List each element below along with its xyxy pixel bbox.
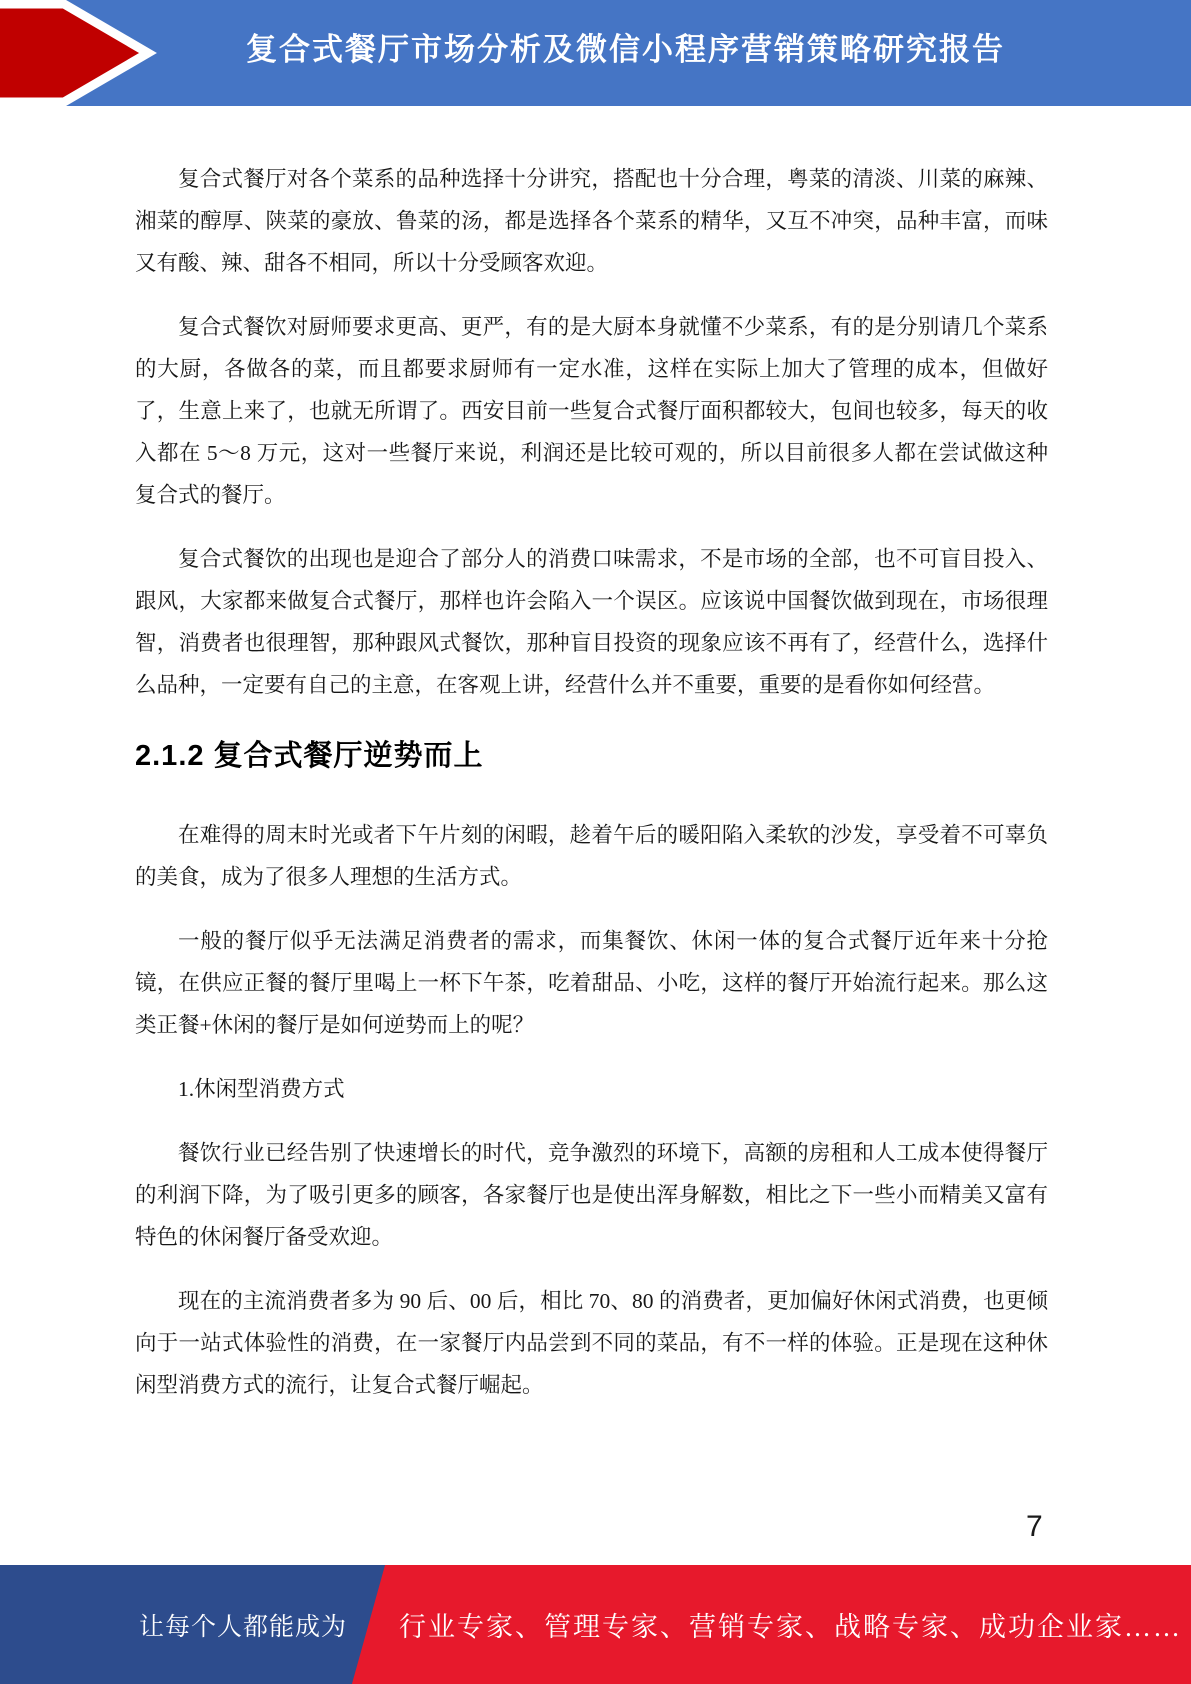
body-paragraph-7: 现在的主流消费者多为 90 后、00 后，相比 70、80 的消费者，更加偏好休…: [135, 1280, 1048, 1406]
page-number: 7: [1026, 1510, 1043, 1544]
chevron-arrow-icon: [0, 0, 175, 106]
footer-right-slogan: 行业专家、管理专家、营销专家、战略专家、成功企业家……: [399, 1565, 1182, 1684]
footer-left-slogan: 让每个人都能成为: [0, 1565, 347, 1684]
document-body: 复合式餐厅对各个菜系的品种选择十分讲究，搭配也十分合理，粤菜的清淡、川菜的麻辣、…: [0, 106, 1191, 1406]
section-heading-2-1-2: 2.1.2 复合式餐厅逆势而上: [135, 734, 1048, 778]
page-header-banner: 复合式餐厅市场分析及微信小程序营销策略研究报告: [0, 0, 1191, 106]
body-paragraph-5: 一般的餐厅似乎无法满足消费者的需求，而集餐饮、休闲一体的复合式餐厅近年来十分抢镜…: [135, 920, 1048, 1046]
list-item-1: 1.休闲型消费方式: [135, 1068, 1048, 1110]
body-paragraph-1: 复合式餐厅对各个菜系的品种选择十分讲究，搭配也十分合理，粤菜的清淡、川菜的麻辣、…: [135, 158, 1048, 284]
body-paragraph-3: 复合式餐饮的出现也是迎合了部分人的消费口味需求，不是市场的全部，也不可盲目投入、…: [135, 538, 1048, 706]
body-paragraph-4: 在难得的周末时光或者下午片刻的闲暇，趁着午后的暖阳陷入柔软的沙发，享受着不可辜负…: [135, 814, 1048, 898]
report-title: 复合式餐厅市场分析及微信小程序营销策略研究报告: [0, 0, 1191, 106]
page-footer-banner: 让每个人都能成为 行业专家、管理专家、营销专家、战略专家、成功企业家……: [0, 1565, 1191, 1684]
report-page: 复合式餐厅市场分析及微信小程序营销策略研究报告 复合式餐厅对各个菜系的品种选择十…: [0, 0, 1191, 1684]
body-paragraph-6: 餐饮行业已经告别了快速增长的时代，竞争激烈的环境下，高额的房租和人工成本使得餐厅…: [135, 1132, 1048, 1258]
body-paragraph-2: 复合式餐饮对厨师要求更高、更严，有的是大厨本身就懂不少菜系，有的是分别请几个菜系…: [135, 306, 1048, 516]
